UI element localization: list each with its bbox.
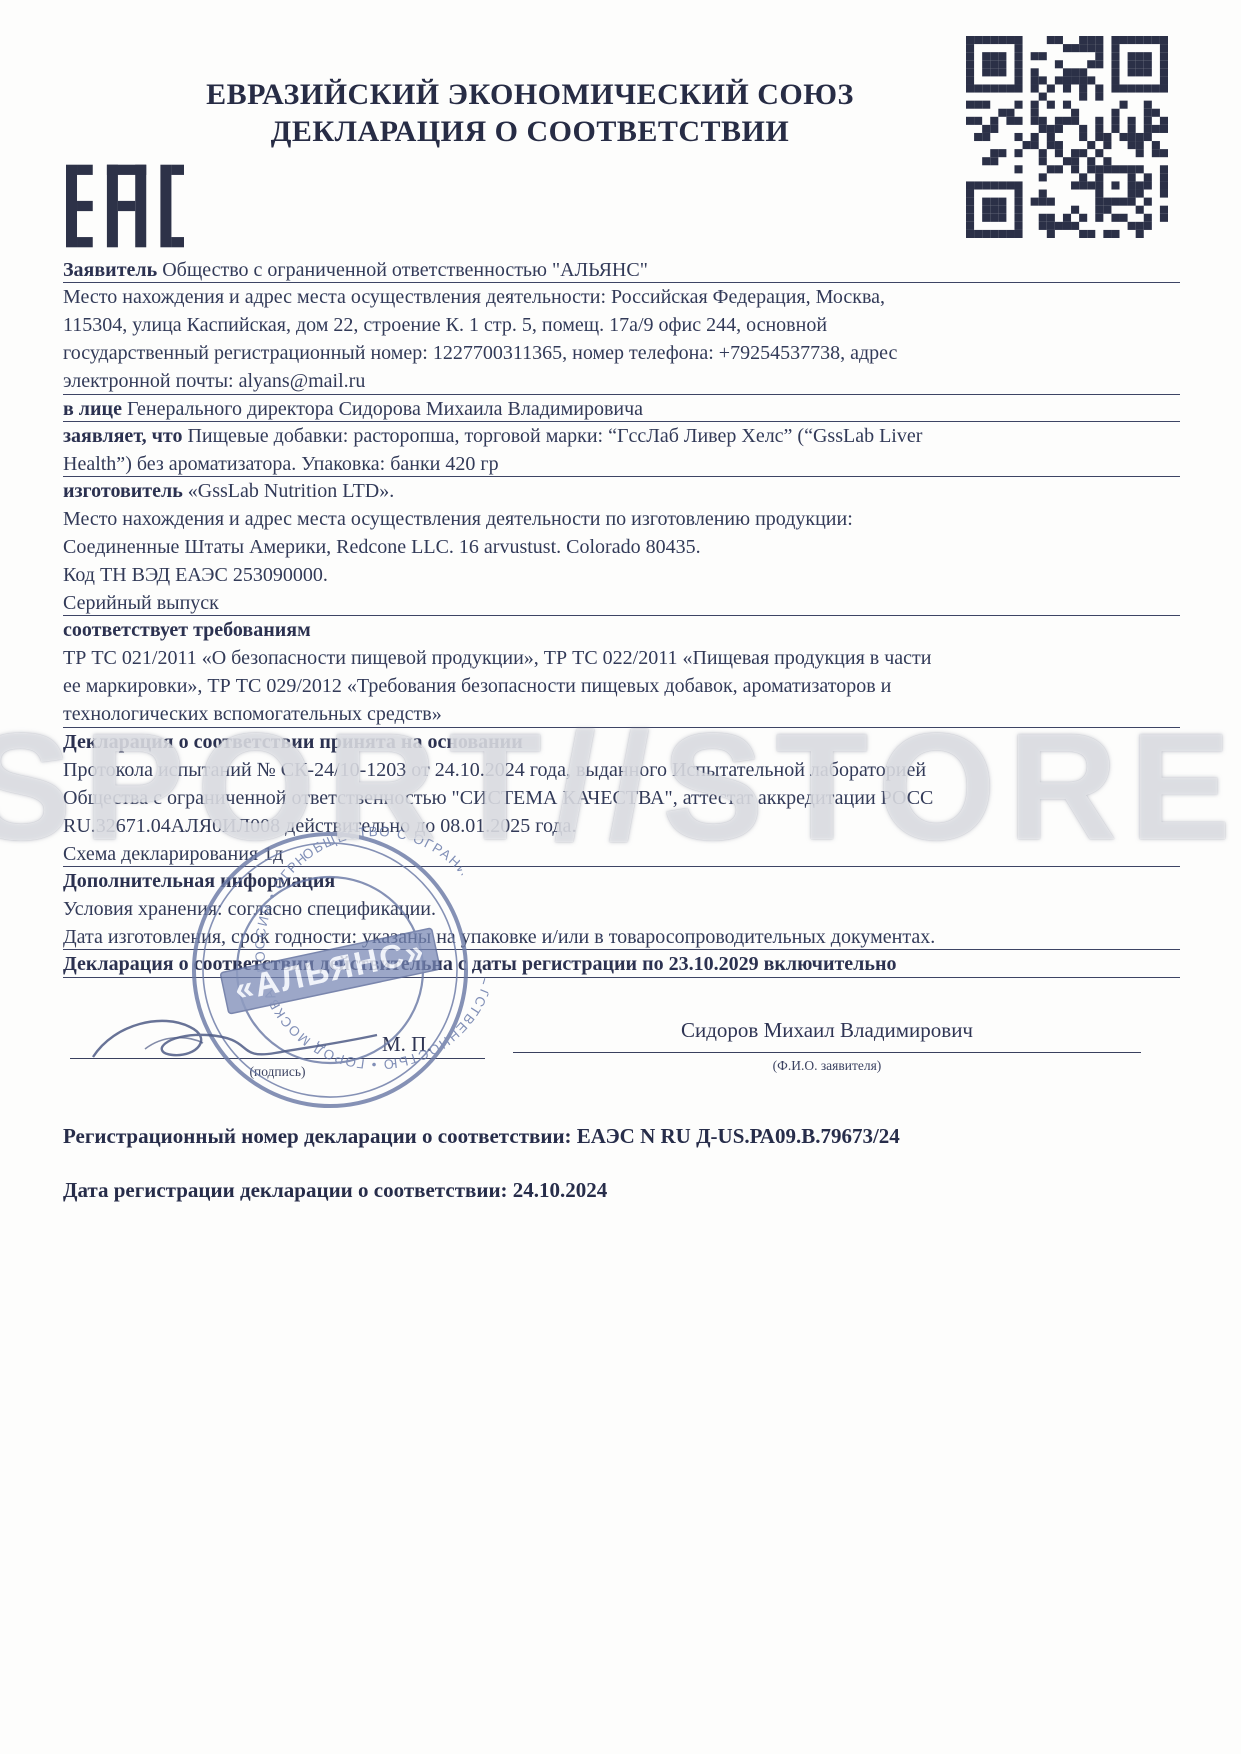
document-line: изготовитель «GssLab Nutrition LTD».	[63, 477, 1180, 505]
qr-code	[966, 36, 1168, 238]
document-line: государственный регистрационный номер: 1…	[63, 339, 1180, 367]
document-line: Код ТН ВЭД ЕАЭС 253090000.	[63, 561, 1180, 589]
applicant-name-caption: (Ф.И.О. заявителя)	[513, 1058, 1141, 1074]
document-line: Соединенные Штаты Америки, Redcone LLC. …	[63, 533, 1180, 561]
document-line: соответствует требованиям	[63, 616, 1180, 644]
document-line: Общества с ограниченной ответственностью…	[63, 784, 1180, 812]
document-title: ЕВРАЗИЙСКИЙ ЭКОНОМИЧЕСКИЙ СОЮЗ ДЕКЛАРАЦИ…	[100, 76, 960, 150]
document-line: Протокола испытаний № СК-24/10-1203 от 2…	[63, 756, 1180, 784]
document-line: технологических вспомогательных средств»	[63, 700, 1180, 727]
signature-scribble	[85, 1005, 385, 1077]
applicant-name-line	[513, 1052, 1141, 1053]
title-line-2: ДЕКЛАРАЦИЯ О СООТВЕТСТВИИ	[100, 113, 960, 150]
title-line-1: ЕВРАЗИЙСКИЙ ЭКОНОМИЧЕСКИЙ СОЮЗ	[100, 76, 960, 113]
document-line: ее маркировки», ТР ТС 029/2012 «Требован…	[63, 672, 1180, 700]
qr-code-pattern	[966, 36, 1168, 238]
document-line: RU.32671.04АЛЯ0ИЛ008 действительно до 08…	[63, 812, 1180, 840]
applicant-name: Сидоров Михаил Владимирович	[513, 1018, 1141, 1043]
document-line: ТР ТС 021/2011 «О безопасности пищевой п…	[63, 644, 1180, 672]
document-line: Место нахождения и адрес места осуществл…	[63, 283, 1180, 311]
document-line: электронной почты: alyans@mail.ru	[63, 367, 1180, 394]
document-line: заявляет, что Пищевые добавки: расторопш…	[63, 422, 1180, 450]
eac-logo-icon	[66, 150, 184, 262]
document-line: Декларация о соответствии принята на осн…	[63, 728, 1180, 756]
company-stamp: ОБЩЕСТВО С ОГРАНИЧЕННОЙ ОТВЕТСТВЕННОСТЬЮ…	[152, 792, 508, 1148]
document-line: Серийный выпуск	[63, 589, 1180, 616]
document-line: Место нахождения и адрес места осуществл…	[63, 505, 1180, 533]
document-line: 115304, улица Каспийская, дом 22, строен…	[63, 311, 1180, 339]
document-line: Заявитель Общество с ограниченной ответс…	[63, 256, 1180, 283]
registration-number-line: Регистрационный номер декларации о соотв…	[63, 1124, 900, 1149]
document-line: в лице Генерального директора Сидорова М…	[63, 395, 1180, 422]
document-line: Health”) без ароматизатора. Упаковка: ба…	[63, 450, 1180, 477]
declaration-document: ЕВРАЗИЙСКИЙ ЭКОНОМИЧЕСКИЙ СОЮЗ ДЕКЛАРАЦИ…	[0, 0, 1241, 1754]
registration-date-line: Дата регистрации декларации о соответств…	[63, 1178, 607, 1203]
